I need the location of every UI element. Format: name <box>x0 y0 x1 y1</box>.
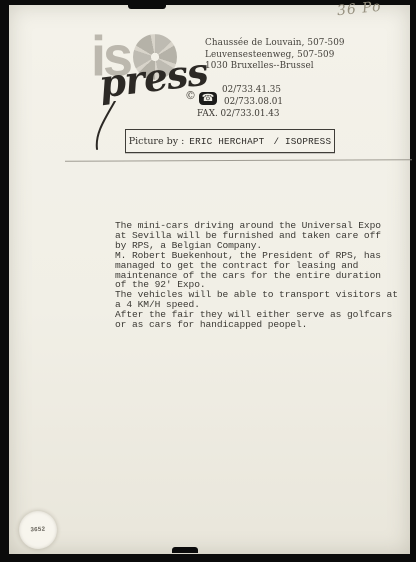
phone-number: 02/733.08.01 <box>224 97 283 107</box>
caption-text: The mini-cars driving around the Univers… <box>115 221 415 330</box>
caption-line: or as cars for handicapped peopel. <box>115 320 415 330</box>
archive-sticker: 3652 <box>18 510 58 550</box>
photo-back-card: is press © Chaussée de Louvain, 507-509 … <box>9 5 410 554</box>
phone-icon: ☎ <box>199 92 217 105</box>
address-line: Leuvensesteenweg, 507-509 <box>205 50 345 62</box>
credit-photographer: ERIC HERCHAPT <box>189 136 264 147</box>
press-descender-flourish <box>91 101 121 151</box>
archive-number: 3652 <box>30 527 45 534</box>
credit-agency: / ISOPRESS <box>273 136 331 147</box>
address-block: Chaussée de Louvain, 507-509 Leuvenseste… <box>205 38 345 73</box>
phone-number: 02/733.41.35 <box>222 85 281 95</box>
address-line: Chaussée de Louvain, 507-509 <box>205 38 345 50</box>
credit-box: Picture by : ERIC HERCHAPT / ISOPRESS <box>125 129 335 153</box>
fax-number: FAX. 02/733.01.43 <box>197 109 279 119</box>
border-mark-top <box>128 0 166 9</box>
credit-label: Picture by : <box>129 136 185 147</box>
phone-block: ☎ 02/733.41.35 02/733.08.01 FAX. 02/733.… <box>195 85 335 125</box>
address-line: 1030 Bruxelles--Brussel <box>205 61 345 73</box>
scan-frame: is press © Chaussée de Louvain, 507-509 … <box>0 0 416 562</box>
divider-line <box>65 159 412 162</box>
border-mark-bottom <box>172 547 198 553</box>
